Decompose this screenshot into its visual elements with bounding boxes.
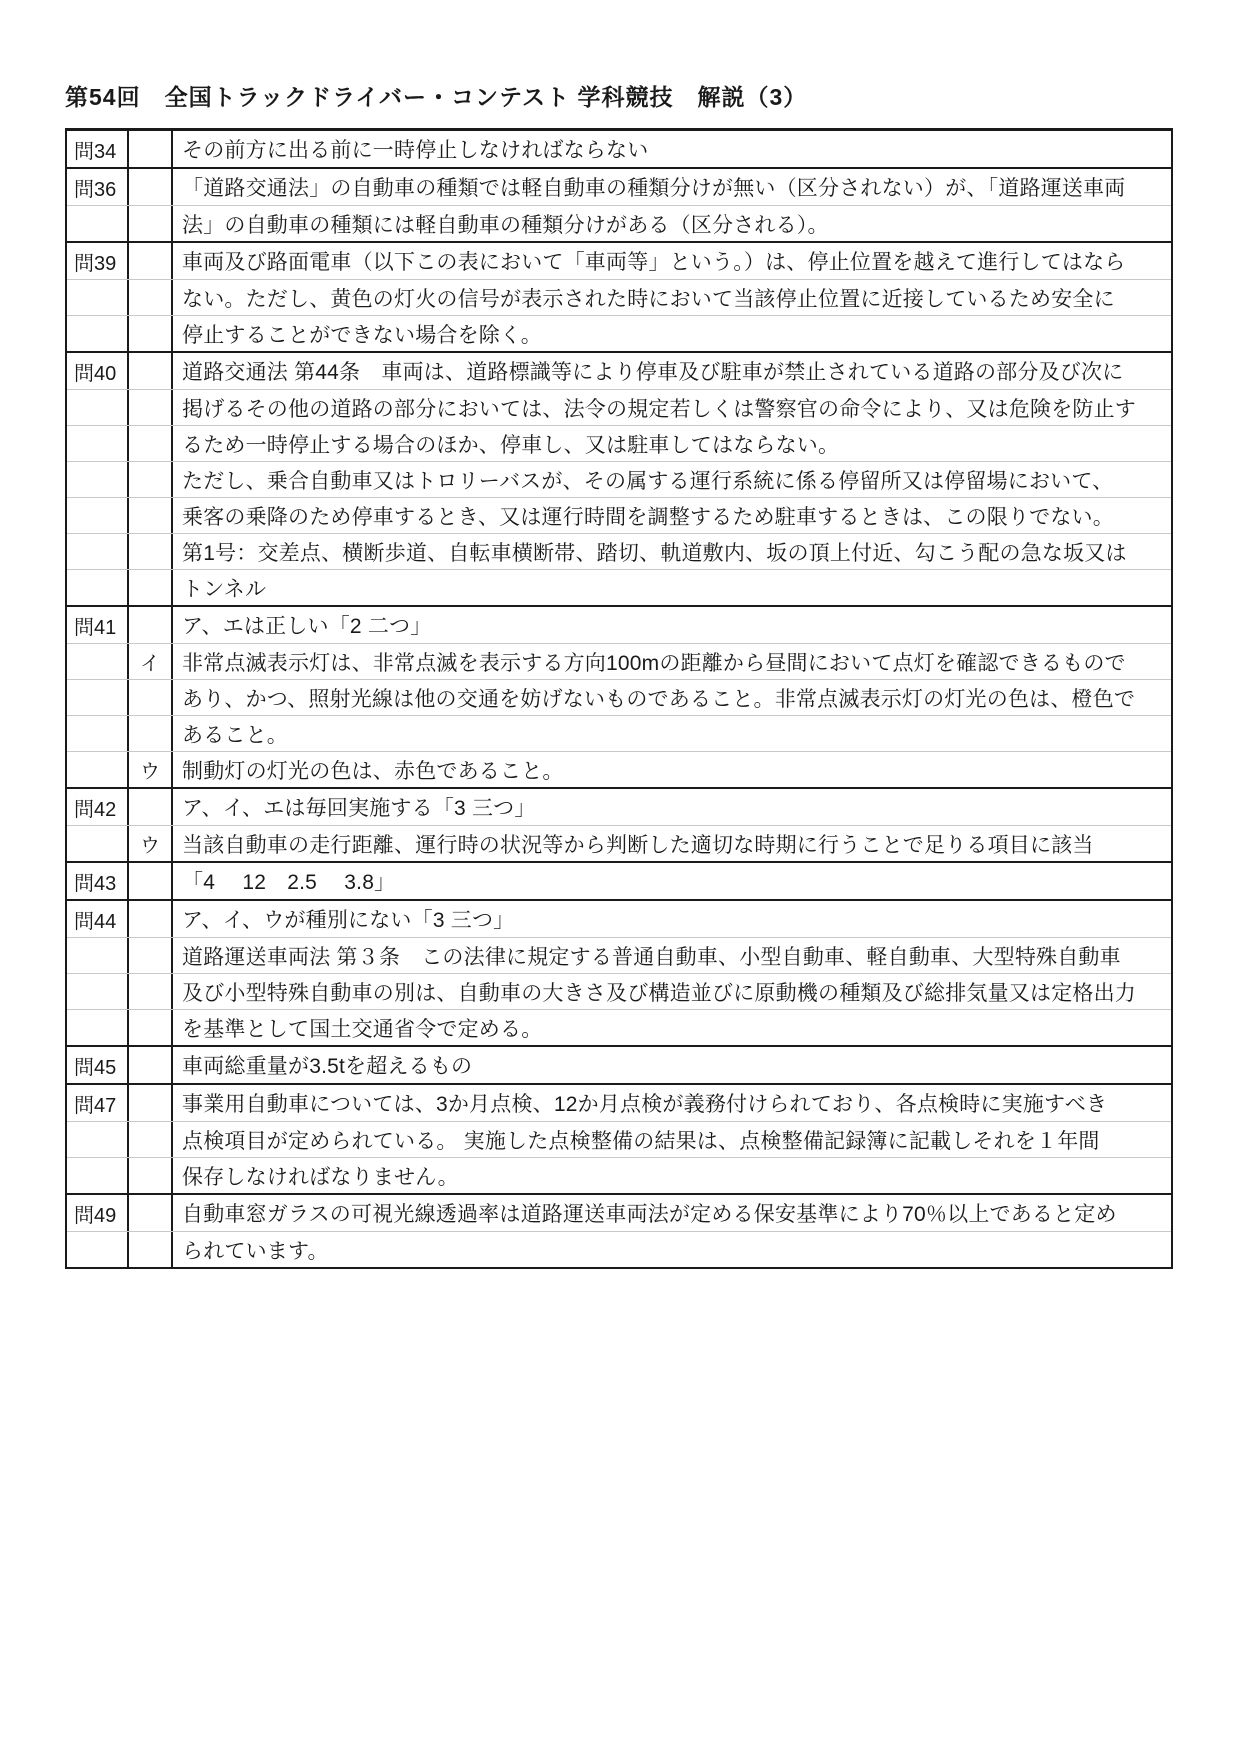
question-number-cell <box>67 462 129 497</box>
sub-item-cell <box>129 243 173 279</box>
question-group: 問39車両及び路面電車（以下この表において「車両等」という。）は、停止位置を越え… <box>67 241 1171 351</box>
sub-item-cell <box>129 353 173 389</box>
sub-item-cell <box>129 206 173 241</box>
sub-item-cell <box>129 462 173 497</box>
explanation-text: 非常点滅表示灯は、非常点滅を表示する方向100mの距離から昼間において点灯を確認… <box>173 644 1171 679</box>
table-row: 法」の自動車の種類には軽自動車の種類分けがある（区分される）。 <box>67 205 1171 241</box>
question-number-cell <box>67 680 129 715</box>
sub-item-cell <box>129 534 173 569</box>
explanation-text: 第1号：交差点、横断歩道、自転車横断帯、踏切、軌道敷内、坂の頂上付近、勾こう配の… <box>173 534 1171 569</box>
document-page: 第54回 全国トラックドライバー・コンテスト 学科競技 解説（3） 問34その前… <box>0 0 1241 1755</box>
explanation-text: 点検項目が定められている。 実施した点検整備の結果は、点検整備記録簿に記載しそれ… <box>173 1122 1171 1157</box>
question-number-cell: 問45 <box>67 1047 129 1083</box>
table-row: 問43「4 12 2.5 3.8」 <box>67 863 1171 899</box>
table-row: あること。 <box>67 715 1171 751</box>
sub-item-cell <box>129 169 173 205</box>
explanation-text: 制動灯の灯光の色は、赤色であること。 <box>173 752 1171 787</box>
question-number-cell: 問47 <box>67 1085 129 1121</box>
sub-item-cell <box>129 938 173 973</box>
explanation-text: ア、イ、エは毎回実施する「3 三つ」 <box>173 789 1171 825</box>
explanation-text: 道路交通法 第44条 車両は、道路標識等により停車及び駐車が禁止されている道路の… <box>173 353 1171 389</box>
table-row: 道路運送車両法 第３条 この法律に規定する普通自動車、小型自動車、軽自動車、大型… <box>67 937 1171 973</box>
question-number-cell: 問39 <box>67 243 129 279</box>
sub-item-cell <box>129 316 173 351</box>
question-number-cell <box>67 1158 129 1193</box>
sub-item-cell <box>129 498 173 533</box>
sub-item-cell <box>129 1010 173 1045</box>
question-number-cell <box>67 280 129 315</box>
question-number-cell <box>67 1010 129 1045</box>
sub-item-cell <box>129 789 173 825</box>
table-row: 停止することができない場合を除く。 <box>67 315 1171 351</box>
table-row: を基準として国土交通省令で定める。 <box>67 1009 1171 1045</box>
table-row: ただし、乗合自動車又はトロリーバスが、その属する運行系統に係る停留所又は停留場に… <box>67 461 1171 497</box>
table-row: 問39車両及び路面電車（以下この表において「車両等」という。）は、停止位置を越え… <box>67 243 1171 279</box>
table-row: られています。 <box>67 1231 1171 1267</box>
question-group: 問41ア、エは正しい「2 二つ」イ非常点滅表示灯は、非常点滅を表示する方向100… <box>67 605 1171 787</box>
question-group: 問45車両総重量が3.5tを超えるもの <box>67 1045 1171 1083</box>
sub-item-cell <box>129 131 173 167</box>
question-number-cell <box>67 752 129 787</box>
sub-item-cell <box>129 1085 173 1121</box>
explanation-text: ア、エは正しい「2 二つ」 <box>173 607 1171 643</box>
question-number-cell: 問42 <box>67 789 129 825</box>
table-row: 問45車両総重量が3.5tを超えるもの <box>67 1047 1171 1083</box>
explanation-text: ただし、乗合自動車又はトロリーバスが、その属する運行系統に係る停留所又は停留場に… <box>173 462 1171 497</box>
explanation-text: 車両及び路面電車（以下この表において「車両等」という。）は、停止位置を越えて進行… <box>173 243 1171 279</box>
sub-item-cell <box>129 570 173 605</box>
table-row: 第1号：交差点、横断歩道、自転車横断帯、踏切、軌道敷内、坂の頂上付近、勾こう配の… <box>67 533 1171 569</box>
question-group: 問47事業用自動車については、3か月点検、12か月点検が義務付けられており、各点… <box>67 1083 1171 1193</box>
question-number-cell <box>67 316 129 351</box>
question-number-cell: 問43 <box>67 863 129 899</box>
question-group: 問43「4 12 2.5 3.8」 <box>67 861 1171 899</box>
sub-item-cell <box>129 863 173 899</box>
question-group: 問49自動車窓ガラスの可視光線透過率は道路運送車両法が定める保安基準により70％… <box>67 1193 1171 1267</box>
sub-item-cell <box>129 607 173 643</box>
table-row: 問41ア、エは正しい「2 二つ」 <box>67 607 1171 643</box>
question-group: 問40道路交通法 第44条 車両は、道路標識等により停車及び駐車が禁止されている… <box>67 351 1171 605</box>
question-number-cell <box>67 938 129 973</box>
table-row: イ非常点滅表示灯は、非常点滅を表示する方向100mの距離から昼間において点灯を確… <box>67 643 1171 679</box>
table-row: ウ当該自動車の走行距離、運行時の状況等から判断した適切な時期に行うことで足りる項… <box>67 825 1171 861</box>
sub-item-cell: ウ <box>129 826 173 861</box>
explanation-text: 保存しなければなりません。 <box>173 1158 1171 1193</box>
sub-item-cell <box>129 901 173 937</box>
question-number-cell <box>67 644 129 679</box>
explanation-text: られています。 <box>173 1232 1171 1267</box>
explanation-text: あり、かつ、照射光線は他の交通を妨げないものであること。非常点滅表示灯の灯光の色… <box>173 680 1171 715</box>
explanation-text: るため一時停止する場合のほか、停車し、又は駐車してはならない。 <box>173 426 1171 461</box>
page-title: 第54回 全国トラックドライバー・コンテスト 学科競技 解説（3） <box>65 79 807 112</box>
table-row: 掲げるその他の道路の部分においては、法令の規定若しくは警察官の命令により、又は危… <box>67 389 1171 425</box>
explanation-text: 「4 12 2.5 3.8」 <box>173 863 1171 899</box>
sub-item-cell <box>129 426 173 461</box>
explanation-text: 当該自動車の走行距離、運行時の状況等から判断した適切な時期に行うことで足りる項目… <box>173 826 1171 861</box>
explanation-text: 自動車窓ガラスの可視光線透過率は道路運送車両法が定める保安基準により70％以上で… <box>173 1195 1171 1231</box>
table-row: ない。ただし、黄色の灯火の信号が表示された時において当該停止位置に近接しているた… <box>67 279 1171 315</box>
table-row: 点検項目が定められている。 実施した点検整備の結果は、点検整備記録簿に記載しそれ… <box>67 1121 1171 1157</box>
question-number-cell: 問34 <box>67 131 129 167</box>
question-group: 問34その前方に出る前に一時停止しなければならない <box>67 131 1171 167</box>
table-row: トンネル <box>67 569 1171 605</box>
question-number-cell <box>67 390 129 425</box>
question-number-cell <box>67 716 129 751</box>
explanation-text: 車両総重量が3.5tを超えるもの <box>173 1047 1171 1083</box>
table-row: 保存しなければなりません。 <box>67 1157 1171 1193</box>
sub-item-cell <box>129 1122 173 1157</box>
question-number-cell <box>67 498 129 533</box>
question-number-cell <box>67 534 129 569</box>
table-row: 問40道路交通法 第44条 車両は、道路標識等により停車及び駐車が禁止されている… <box>67 353 1171 389</box>
explanation-text: 掲げるその他の道路の部分においては、法令の規定若しくは警察官の命令により、又は危… <box>173 390 1171 425</box>
table-row: 問47事業用自動車については、3か月点検、12か月点検が義務付けられており、各点… <box>67 1085 1171 1121</box>
explanation-text: 乗客の乗降のため停車するとき、又は運行時間を調整するため駐車するときは、この限り… <box>173 498 1171 533</box>
answer-explanation-table: 問34その前方に出る前に一時停止しなければならない問36「道路交通法」の自動車の… <box>65 128 1173 1269</box>
explanation-text: あること。 <box>173 716 1171 751</box>
table-row: 問49自動車窓ガラスの可視光線透過率は道路運送車両法が定める保安基準により70％… <box>67 1195 1171 1231</box>
explanation-text: ない。ただし、黄色の灯火の信号が表示された時において当該停止位置に近接しているた… <box>173 280 1171 315</box>
question-group: 問44ア、イ、ウが種別にない「3 三つ」道路運送車両法 第３条 この法律に規定す… <box>67 899 1171 1045</box>
question-number-cell: 問49 <box>67 1195 129 1231</box>
explanation-text: を基準として国土交通省令で定める。 <box>173 1010 1171 1045</box>
table-row: 問34その前方に出る前に一時停止しなければならない <box>67 131 1171 167</box>
question-number-cell <box>67 826 129 861</box>
question-group: 問42ア、イ、エは毎回実施する「3 三つ」ウ当該自動車の走行距離、運行時の状況等… <box>67 787 1171 861</box>
sub-item-cell <box>129 1232 173 1267</box>
explanation-text: その前方に出る前に一時停止しなければならない <box>173 131 1171 167</box>
sub-item-cell <box>129 280 173 315</box>
question-number-cell <box>67 1122 129 1157</box>
explanation-text: ア、イ、ウが種別にない「3 三つ」 <box>173 901 1171 937</box>
sub-item-cell <box>129 1195 173 1231</box>
question-number-cell: 問36 <box>67 169 129 205</box>
table-row: るため一時停止する場合のほか、停車し、又は駐車してはならない。 <box>67 425 1171 461</box>
sub-item-cell: イ <box>129 644 173 679</box>
question-number-cell: 問40 <box>67 353 129 389</box>
question-number-cell: 問44 <box>67 901 129 937</box>
explanation-text: 事業用自動車については、3か月点検、12か月点検が義務付けられており、各点検時に… <box>173 1085 1171 1121</box>
question-number-cell <box>67 1232 129 1267</box>
explanation-text: 法」の自動車の種類には軽自動車の種類分けがある（区分される）。 <box>173 206 1171 241</box>
explanation-text: トンネル <box>173 570 1171 605</box>
sub-item-cell: ウ <box>129 752 173 787</box>
sub-item-cell <box>129 390 173 425</box>
question-number-cell: 問41 <box>67 607 129 643</box>
table-row: 乗客の乗降のため停車するとき、又は運行時間を調整するため駐車するときは、この限り… <box>67 497 1171 533</box>
question-number-cell <box>67 206 129 241</box>
sub-item-cell <box>129 1158 173 1193</box>
table-row: あり、かつ、照射光線は他の交通を妨げないものであること。非常点滅表示灯の灯光の色… <box>67 679 1171 715</box>
table-row: ウ制動灯の灯光の色は、赤色であること。 <box>67 751 1171 787</box>
question-number-cell <box>67 570 129 605</box>
question-number-cell <box>67 426 129 461</box>
sub-item-cell <box>129 716 173 751</box>
explanation-text: 道路運送車両法 第３条 この法律に規定する普通自動車、小型自動車、軽自動車、大型… <box>173 938 1171 973</box>
sub-item-cell <box>129 680 173 715</box>
table-row: 問42ア、イ、エは毎回実施する「3 三つ」 <box>67 789 1171 825</box>
explanation-text: 及び小型特殊自動車の別は、自動車の大きさ及び構造並びに原動機の種類及び総排気量又… <box>173 974 1171 1009</box>
sub-item-cell <box>129 1047 173 1083</box>
table-row: 問44ア、イ、ウが種別にない「3 三つ」 <box>67 901 1171 937</box>
table-row: 問36「道路交通法」の自動車の種類では軽自動車の種類分けが無い（区分されない）が… <box>67 169 1171 205</box>
question-number-cell <box>67 974 129 1009</box>
explanation-text: 「道路交通法」の自動車の種類では軽自動車の種類分けが無い（区分されない）が、「道… <box>173 169 1171 205</box>
question-group: 問36「道路交通法」の自動車の種類では軽自動車の種類分けが無い（区分されない）が… <box>67 167 1171 241</box>
sub-item-cell <box>129 974 173 1009</box>
explanation-text: 停止することができない場合を除く。 <box>173 316 1171 351</box>
table-row: 及び小型特殊自動車の別は、自動車の大きさ及び構造並びに原動機の種類及び総排気量又… <box>67 973 1171 1009</box>
